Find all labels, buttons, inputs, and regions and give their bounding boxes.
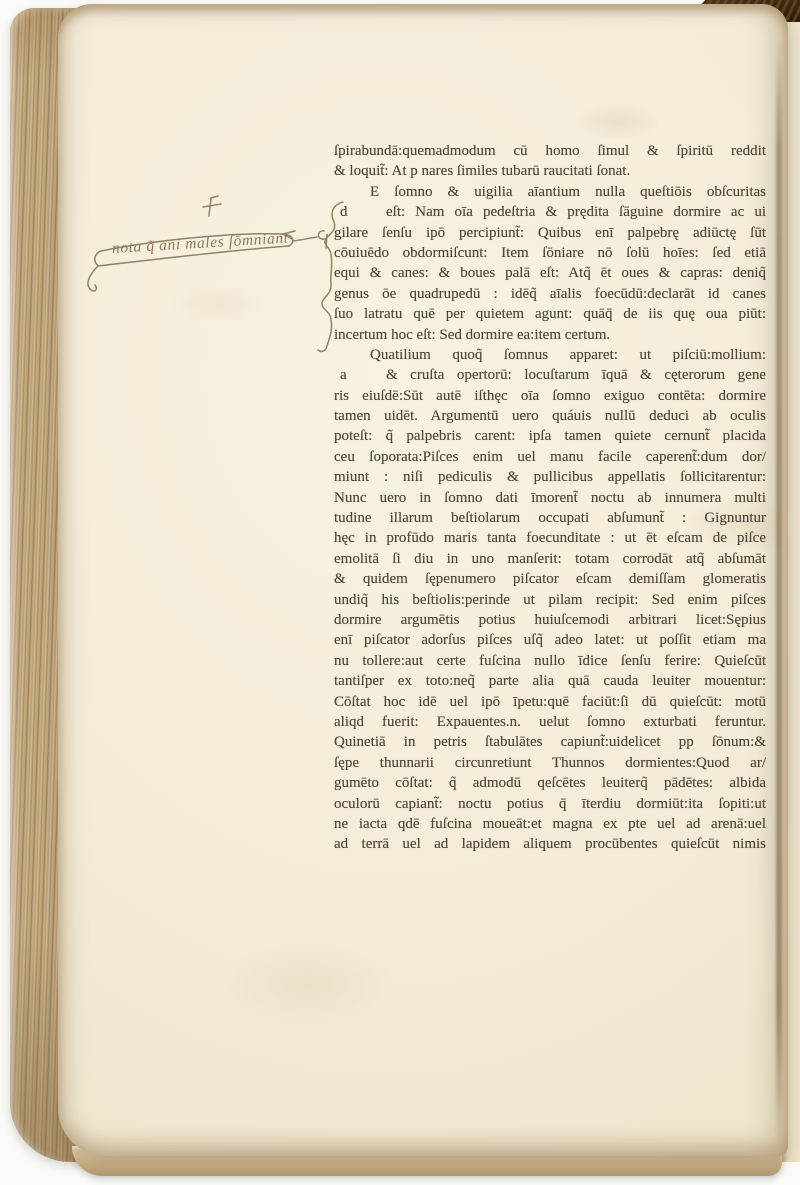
text-line: gilare ſenſu ipō percipiunt̃: Quibus enī…: [334, 223, 766, 243]
text-line: & quidem ſępenumero piſcator eſcam demiſ…: [334, 569, 766, 589]
text-line: poteſt: q̃ palpebris carent: ipſa tamen …: [334, 426, 766, 446]
text-line: eſt: Nam oīa pedeſtria & prędita ſāguine…: [334, 202, 766, 222]
text-line: enī piſcator adorſus piſces uſq̃ adeo la…: [334, 630, 766, 650]
text-line: ſpirabundā:quemadmodum cū homo ſimul & ſ…: [334, 141, 766, 161]
text-line: tamen uidēt. Argumentū uero quáuis nullū…: [334, 406, 766, 426]
text-line: emolitā ſi diu in uno manſerit: totam co…: [334, 549, 766, 569]
text-line: dormire argumētis potius huiuſcemodi arb…: [334, 610, 766, 630]
guide-letter-a: a: [340, 365, 347, 385]
text-line: undiq̃ his beſtiolis:perinde ut pilam re…: [334, 590, 766, 610]
text-line: equi & canes: & boues palā eſt: Atq̃ ēt …: [334, 263, 766, 283]
text-line: tudine illarum beſtiolarum occupati abſu…: [334, 508, 766, 528]
text-line: miunt : niſi pediculis & pullicibus appe…: [334, 467, 766, 487]
gutter-shadow: [776, 40, 782, 1140]
text-line: cōuiuēdo obdormiſcunt: Item ſōniare nō ſ…: [334, 243, 766, 263]
text-line: aliqd fuerit: Expauentes.n. uelut ſomno …: [334, 712, 766, 732]
text-line: Quatilium quoq̃ ſomnus apparet: ut piſci…: [334, 345, 766, 365]
text-line: nu tollere:aut certe fuſcina nullo īdice…: [334, 651, 766, 671]
text-line: oculorū capiant̃: noctu potius q̄ īterdi…: [334, 794, 766, 814]
text-line: Quinetiā in petris ſtabulātes capiunt̃:u…: [334, 732, 766, 752]
guide-letter-d: d: [340, 202, 348, 222]
text-line: ris eiuſdē:Sūt autē iſthęc oīa ſomno exi…: [334, 386, 766, 406]
text-line: Nunc uero in ſomno dati īmorent̃ noctu a…: [334, 488, 766, 508]
text-line: gumēto cōſtat: q̃ admodū qeſcētes leuite…: [334, 773, 766, 793]
text-line: ſuo latratu quē per quietem agunt: quāq̄…: [334, 304, 766, 324]
text-line: hęc in profūdo maris tanta foecunditate …: [334, 528, 766, 548]
text-line: ad terrā uel ad lapidem aliquem procūben…: [334, 834, 766, 854]
text-line: & cruſta opertorū: locuſtarum īquā & cęt…: [334, 365, 766, 385]
text-line: Cōſtat hoc idē uel ipō īpetu:quē faciūt:…: [334, 692, 766, 712]
text-line: genus ōe quadrupedū : idēq̃ aīalis foecū…: [334, 284, 766, 304]
text-line: ceu ſoporata:Piſces enim uel manu facile…: [334, 447, 766, 467]
text-line: E ſomno & uigilia aīantium nulla queſtiō…: [334, 182, 766, 202]
text-line: ne iacta qdē fuſcina moueāt:et magna ex …: [334, 814, 766, 834]
text-line: incertum hoc eſt: Sed dormire ea:item ce…: [334, 325, 766, 345]
text-line: ſępe thunnarii circunretiunt Thunnos dor…: [334, 753, 766, 773]
text-block: ſpirabundā:quemadmodum cū homo ſimul & ſ…: [334, 141, 766, 855]
text-line: tantiſper ex toto:neq̃ parte alia quā ca…: [334, 671, 766, 691]
text-line: & loquit̃: At p nares ſimiles tubarū rau…: [334, 161, 766, 181]
